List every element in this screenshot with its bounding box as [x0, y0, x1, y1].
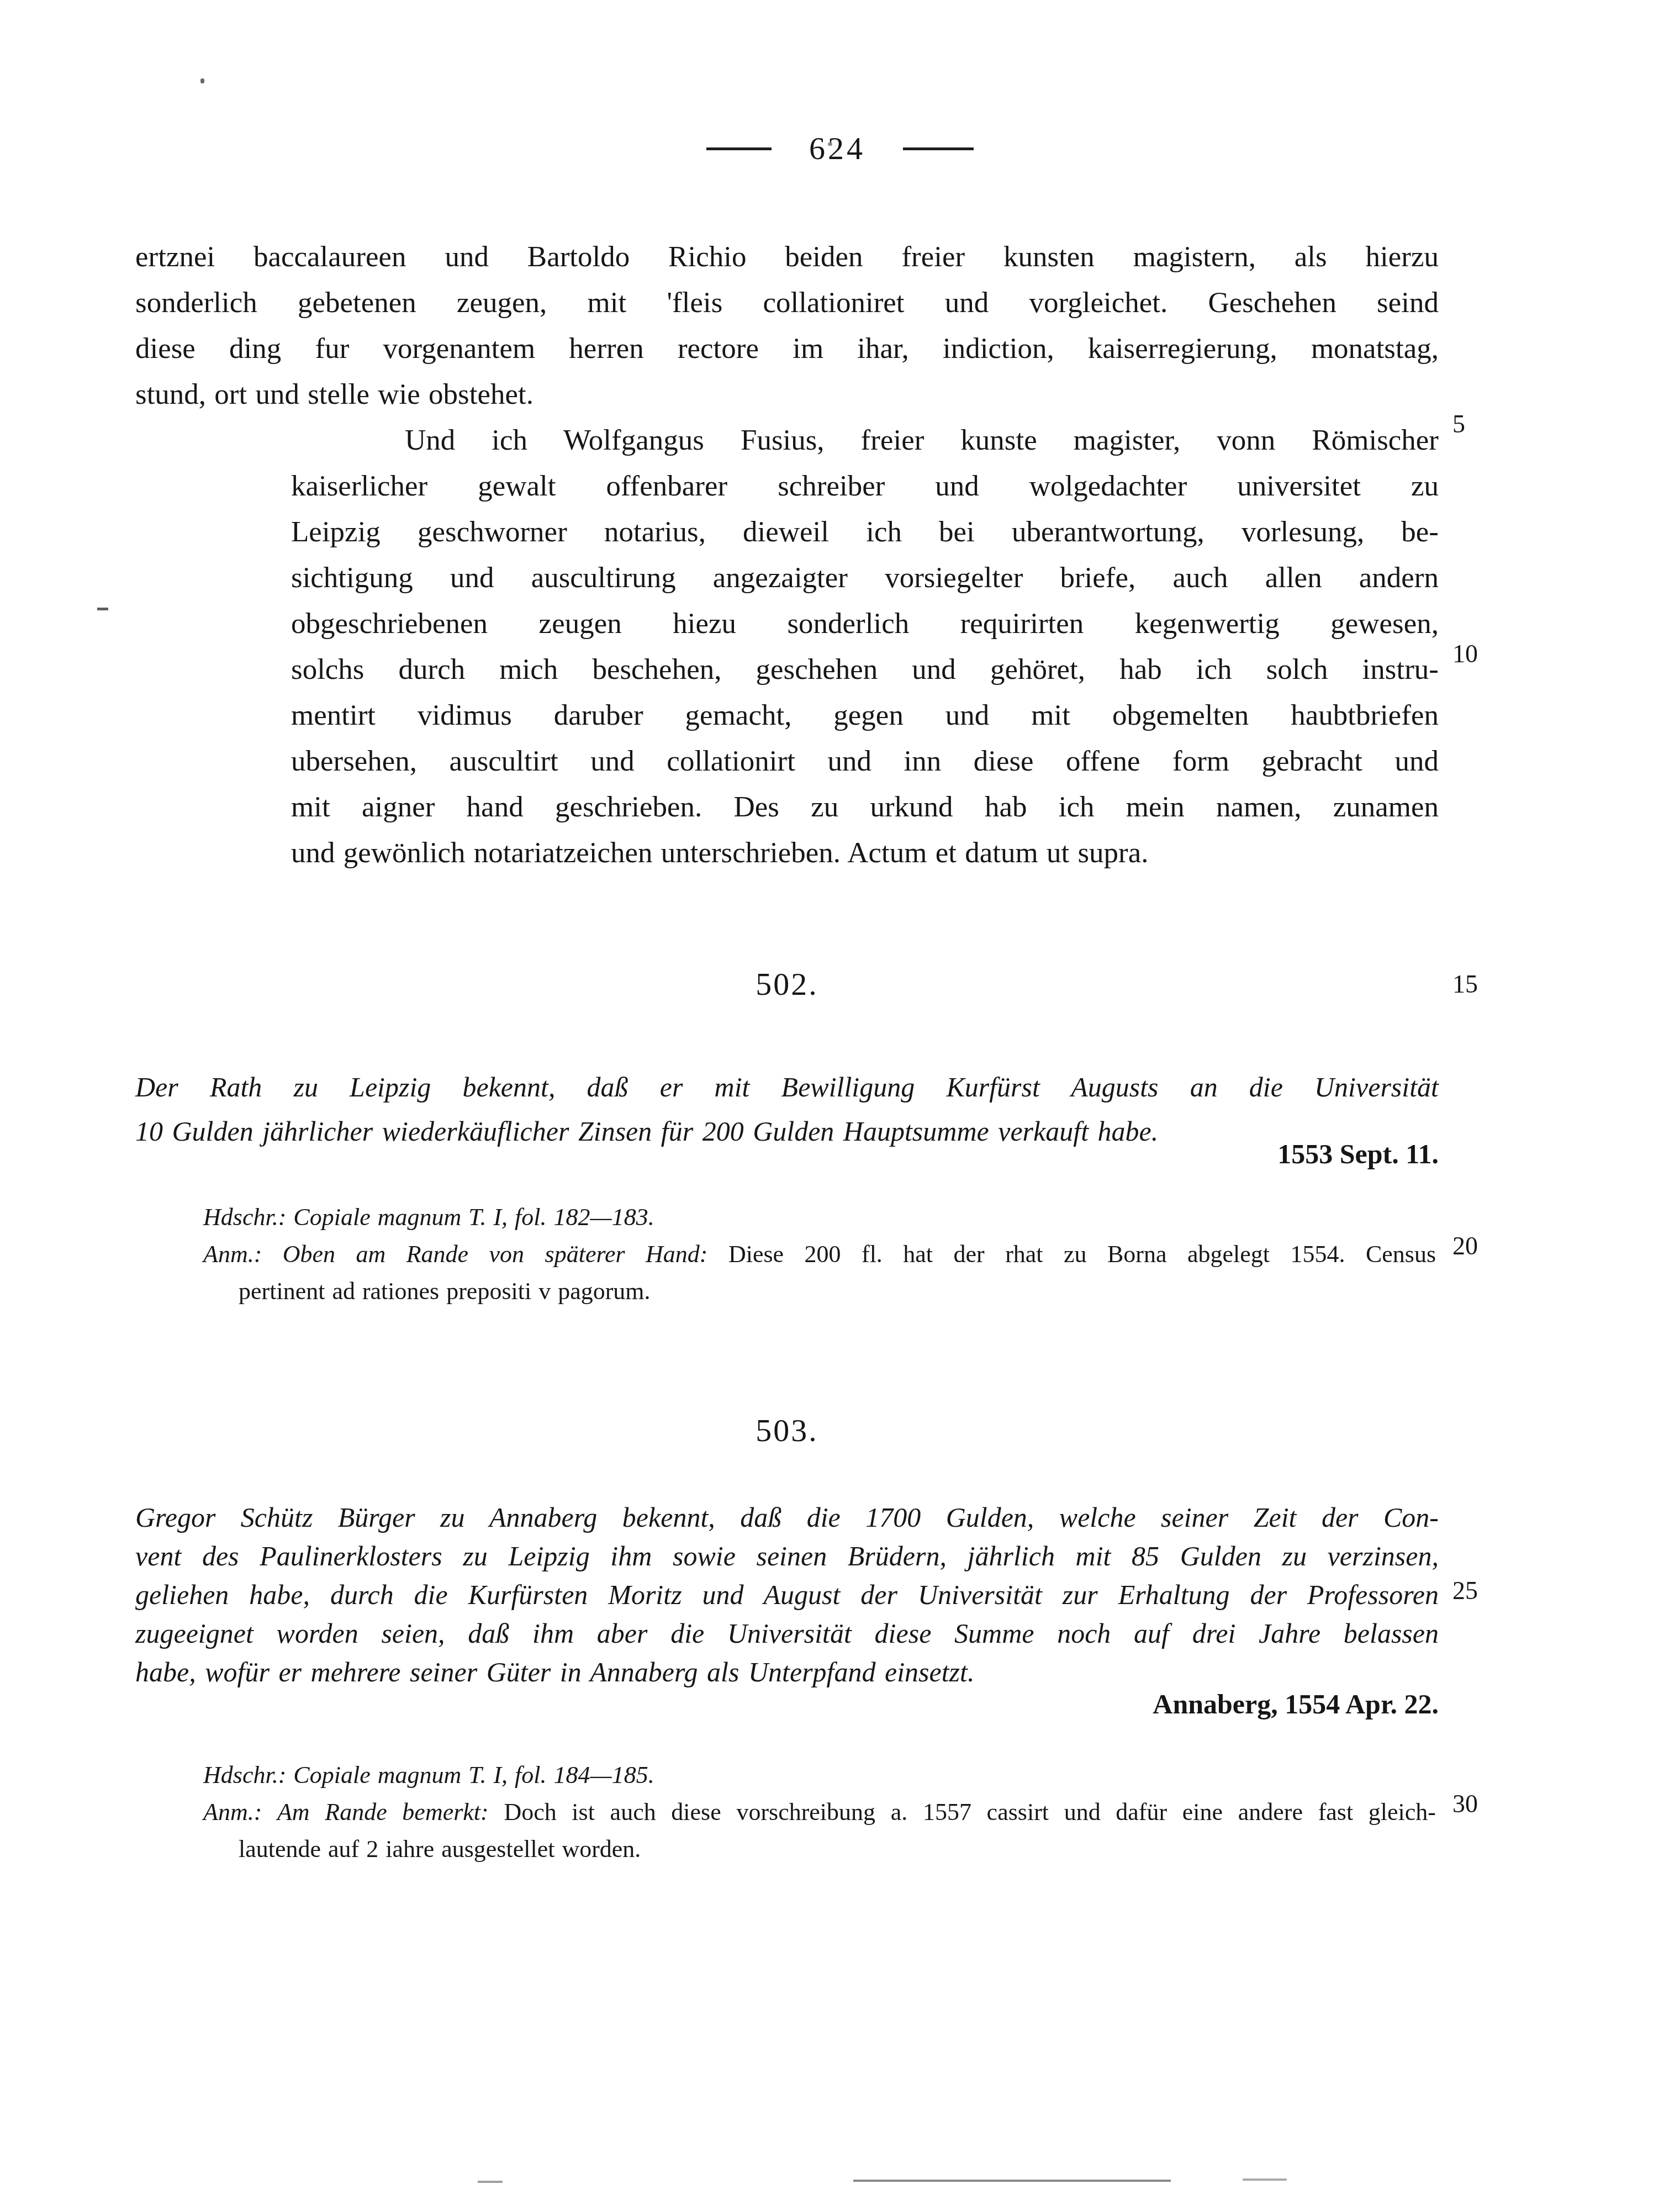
scan-artifact: [853, 2180, 1171, 2182]
annotation-continuation: pertinent ad rationes prepositi v pagoru…: [203, 1273, 1436, 1310]
source-note: Hdschr.: Copiale magnum T. I, fol. 182—1…: [203, 1199, 1436, 1236]
text-line: sichtigung und auscultirung angezaigter …: [291, 555, 1439, 601]
scan-artifact: [478, 2181, 503, 2183]
body-text: ertznei baccalaureen und Bartoldo Richio…: [135, 234, 1439, 876]
text-line: Und ich Wolfgangus Fusius, freier kunste…: [291, 418, 1439, 463]
text-line: stund, ort und stelle wie obstehet.: [135, 372, 1439, 418]
source-note-text: Copiale magnum T. I, fol. 184—185.: [293, 1761, 654, 1789]
text-line: Leipzig geschworner notarius, dieweil ic…: [291, 509, 1439, 555]
text-line: und gewönlich notariatzeichen unterschri…: [291, 830, 1439, 876]
source-note-label: Hdschr.:: [203, 1761, 286, 1789]
annotation-label: Anm.:: [203, 1798, 262, 1826]
source-note-label: Hdschr.:: [203, 1204, 286, 1231]
text-line: mit aigner hand geschrieben. Des zu urku…: [291, 784, 1439, 830]
book-page: 624 ertznei baccalaureen und Bartoldo Ri…: [0, 0, 1680, 2189]
annotation-note: Anm.: Oben am Rande von späterer Hand: D…: [203, 1236, 1436, 1273]
margin-line-number: 15: [1452, 970, 1497, 999]
text-line: obgeschriebenen zeugen hiezu sonderlich …: [291, 601, 1439, 647]
text-line: kaiserlicher gewalt offenbarer schreiber…: [291, 463, 1439, 509]
margin-line-number: 5: [1452, 410, 1497, 439]
annotation-lead: Oben am Rande von späterer Hand:: [283, 1241, 708, 1268]
margin-line-number: 20: [1452, 1232, 1497, 1260]
entry-502-notes: Hdschr.: Copiale magnum T. I, fol. 182—1…: [203, 1199, 1436, 1310]
text-line: habe, wofür er mehrere seiner Güter in A…: [135, 1653, 1439, 1691]
entry-503-notes: Hdschr.: Copiale magnum T. I, fol. 184—1…: [203, 1757, 1436, 1868]
annotation-lead: Am Rande bemerkt:: [277, 1798, 489, 1826]
page-header: 624: [0, 129, 1680, 168]
scan-artifact: [828, 143, 832, 146]
annotation-continuation: lautende auf 2 iahre ausgestellet worden…: [203, 1831, 1436, 1868]
text-line: mentirt vidimus daruber gemacht, gegen u…: [291, 693, 1439, 739]
entry-503-date: Annaberg, 1554 Apr. 22.: [135, 1688, 1439, 1720]
paragraph-2: Und ich Wolfgangus Fusius, freier kunste…: [291, 418, 1439, 876]
text-line: geliehen habe, durch die Kurfürsten Mori…: [135, 1575, 1439, 1614]
entry-502-date: 1553 Sept. 11.: [135, 1138, 1439, 1170]
paragraph-1: ertznei baccalaureen und Bartoldo Richio…: [135, 234, 1439, 418]
annotation-note: Anm.: Am Rande bemerkt: Doch ist auch di…: [203, 1794, 1436, 1831]
entry-503-summary: Gregor Schütz Bürger zu Annaberg bekennt…: [135, 1498, 1439, 1691]
text-line: vent des Paulinerklosters zu Leipzig ihm…: [135, 1537, 1439, 1575]
margin-line-number: 25: [1452, 1576, 1497, 1605]
text-line: sonderlich gebetenen zeugen, mit 'fleis …: [135, 280, 1439, 326]
annotation-text: Diese 200 fl. hat der rhat zu Borna abge…: [728, 1241, 1436, 1268]
entry-number-503: 503.: [135, 1412, 1439, 1449]
text-line: zugeeignet worden seien, daß ihm aber di…: [135, 1614, 1439, 1653]
text-line: ertznei baccalaureen und Bartoldo Richio…: [135, 234, 1439, 280]
text-line: Der Rath zu Leipzig bekennt, daß er mit …: [135, 1065, 1439, 1109]
scan-artifact: [1243, 2179, 1287, 2181]
entry-number-502: 502.: [135, 966, 1439, 1003]
source-note: Hdschr.: Copiale magnum T. I, fol. 184—1…: [203, 1757, 1436, 1794]
page-number: 624: [809, 129, 865, 168]
header-rule-right: [903, 147, 974, 150]
scan-artifact: [200, 78, 204, 83]
annotation-text: Doch ist auch diese vorschreibung a. 155…: [504, 1798, 1436, 1826]
annotation-label: Anm.:: [203, 1241, 262, 1268]
header-rule-left: [706, 147, 772, 150]
text-line: Gregor Schütz Bürger zu Annaberg bekennt…: [135, 1498, 1439, 1537]
text-line: solchs durch mich beschehen, geschehen u…: [291, 647, 1439, 693]
margin-line-number: 30: [1452, 1790, 1497, 1818]
margin-line-number: 10: [1452, 640, 1497, 668]
source-note-text: Copiale magnum T. I, fol. 182—183.: [293, 1204, 654, 1231]
scan-artifact: [97, 608, 108, 610]
text-line: diese ding fur vorgenantem herren rector…: [135, 326, 1439, 372]
text-line: ubersehen, auscultirt und collationirt u…: [291, 739, 1439, 784]
